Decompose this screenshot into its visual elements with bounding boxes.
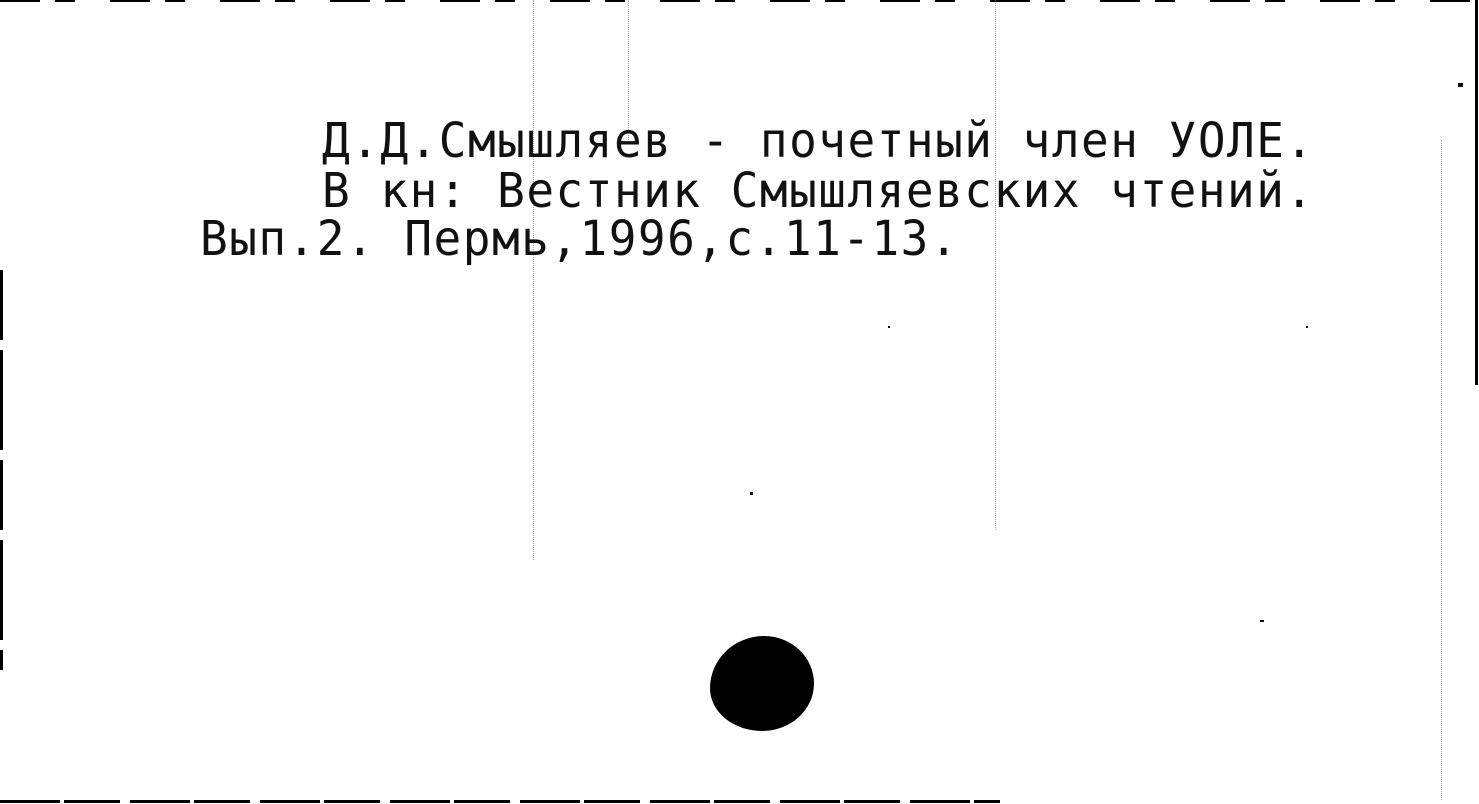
scan-speck [1260, 620, 1264, 622]
scan-speck [1306, 326, 1308, 328]
card-punch-hole [710, 636, 814, 731]
card-right-edge [1475, 0, 1478, 385]
card-top-edge [0, 0, 1479, 2]
scan-speck [750, 492, 753, 495]
card-left-edge [0, 270, 3, 670]
card-line-issue-pages: Вып.2. Пермь,1996,с.11-13. [200, 210, 959, 268]
card-bottom-edge [0, 800, 1000, 803]
scan-artifact-line [995, 0, 997, 530]
scan-speck [1458, 83, 1463, 87]
scan-artifact-line [1441, 140, 1443, 800]
scan-artifact-line [533, 0, 535, 560]
catalog-card: Д.Д.Смышляев - почетный член УОЛЕ. В кн:… [0, 0, 1479, 804]
scan-speck [888, 326, 890, 328]
